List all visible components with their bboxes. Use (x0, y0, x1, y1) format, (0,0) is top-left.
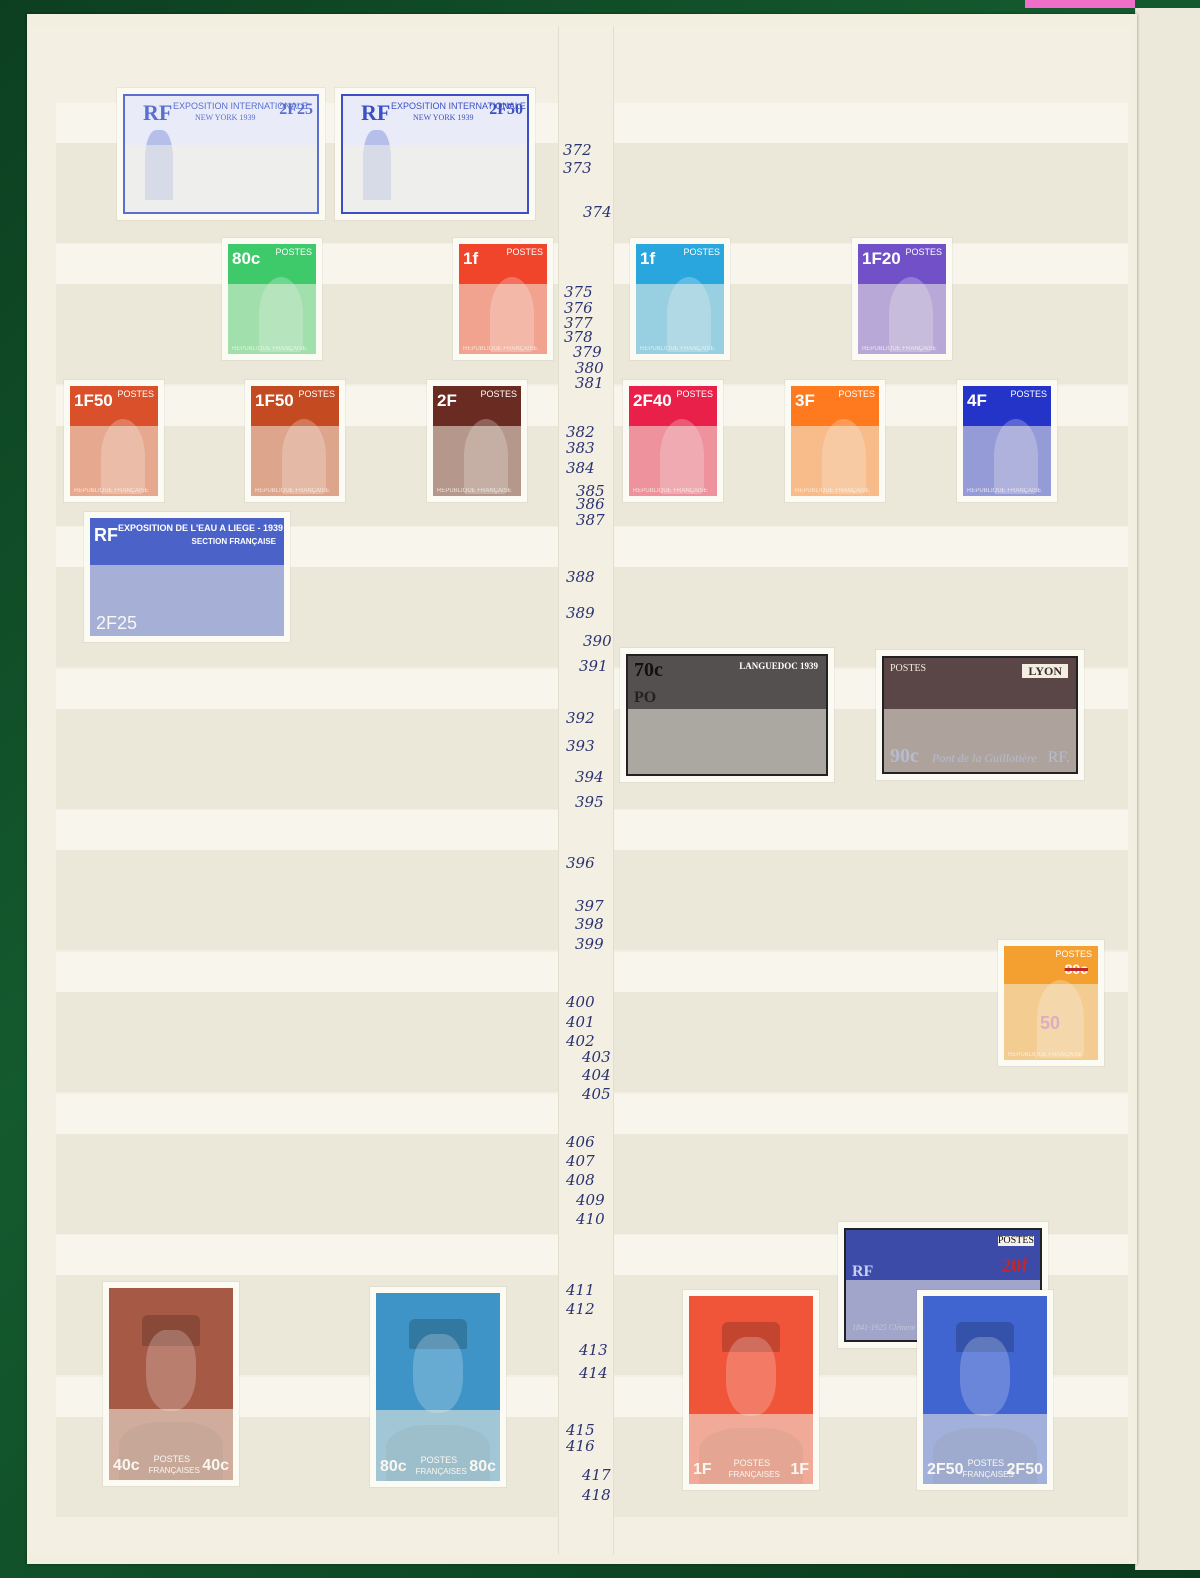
catalog-number: 402 (566, 1034, 595, 1049)
catalog-number: 382 (566, 425, 595, 440)
catalog-number: 408 (566, 1173, 595, 1188)
stamp-subtitle: NEW YORK 1939 (195, 114, 255, 122)
stamp-petain-40[interactable]: 40cPOSTESFRANÇAISES40c (103, 1282, 239, 1486)
stamp-design: 3FPOSTESREPUBLIQUE FRANÇAISE (791, 386, 879, 496)
stamp-design: 4FPOSTESREPUBLIQUE FRANÇAISE (963, 386, 1051, 496)
catalog-number: 375 (564, 285, 593, 300)
glassine-overlay (636, 284, 724, 354)
stamp-design: 2F40POSTESREPUBLIQUE FRANÇAISE (629, 386, 717, 496)
catalog-number: 414 (579, 1366, 608, 1381)
stamp-title: LANGUEDOC 1939 (739, 662, 818, 671)
postes-label: POSTES (298, 390, 335, 399)
catalog-number: 393 (566, 739, 595, 754)
glassine-overlay (228, 284, 316, 354)
postes-label: POSTES (683, 248, 720, 257)
stamp-value: 1F50 (74, 392, 113, 409)
glassine-overlay (689, 1414, 813, 1484)
catalog-number: 395 (575, 795, 604, 810)
catalog-number: 387 (576, 513, 605, 528)
glassine-overlay (858, 284, 946, 354)
catalog-number: 405 (582, 1087, 611, 1102)
stamp-value: 2F25 (279, 102, 313, 118)
stamp-languedoc[interactable]: POLANGUEDOC 193970c (620, 648, 834, 782)
glassine-overlay (963, 426, 1051, 496)
stamp-iris-1f-red[interactable]: 1fPOSTESREPUBLIQUE FRANÇAISE (453, 238, 553, 360)
catalog-number: 374 (583, 205, 612, 220)
postes-label: POSTES (998, 1236, 1034, 1246)
glassine-overlay (90, 565, 284, 636)
stamp-design: 80cPOSTESREPUBLIQUE FRANÇAISE (228, 244, 316, 354)
catalog-number: 404 (582, 1068, 611, 1083)
stamp-petain-80[interactable]: 80cPOSTESFRANÇAISES80c (370, 1287, 506, 1487)
portrait-face-icon (960, 1337, 1010, 1416)
stamp-value: 20f (1001, 1256, 1028, 1276)
stamp-liege[interactable]: RFEXPOSITION DE L'EAU A LIEGE - 1939SECT… (84, 512, 290, 642)
stamp-paix-surcharge[interactable]: POSTES80c50REPUBLIQUE FRANÇAISE (998, 940, 1104, 1066)
stamp-design: 1F20POSTESREPUBLIQUE FRANÇAISE (858, 244, 946, 354)
stamp-design: 1FPOSTESFRANÇAISES1F (689, 1296, 813, 1484)
stamp-subtitle: SECTION FRANÇAISE (192, 538, 276, 546)
stamp-iris-3f[interactable]: 3FPOSTESREPUBLIQUE FRANÇAISE (785, 380, 885, 502)
catalog-number: 381 (575, 376, 604, 391)
stamp-value: 2F (437, 392, 457, 409)
stamp-value: 1f (640, 250, 655, 267)
catalog-number: 384 (566, 461, 595, 476)
stamp-ny-250[interactable]: RFEXPOSITION INTERNATIONALENEW YORK 1939… (335, 88, 535, 220)
glassine-overlay (923, 1414, 1047, 1484)
catalog-number: 391 (579, 659, 608, 674)
catalog-number: 383 (566, 441, 595, 456)
stamp-petain-250[interactable]: 2F50POSTESFRANÇAISES2F50 (917, 1290, 1053, 1490)
glassine-overlay (343, 145, 527, 212)
rf-label: RF (94, 526, 118, 544)
catalog-number: 389 (566, 606, 595, 621)
postes-label: POSTES (1055, 950, 1092, 959)
catalog-number: 397 (575, 899, 604, 914)
catalog-number: 407 (566, 1154, 595, 1169)
glassine-overlay (628, 709, 826, 774)
glassine-overlay (791, 426, 879, 496)
catalog-number: 406 (566, 1135, 595, 1150)
catalog-number: 394 (575, 770, 604, 785)
catalog-number: 372 (563, 143, 592, 158)
stamp-design: 80cPOSTESFRANÇAISES80c (376, 1293, 500, 1481)
stamp-subtitle: NEW YORK 1939 (413, 114, 473, 122)
glassine-overlay (125, 145, 317, 212)
catalog-number: 413 (579, 1343, 608, 1358)
stamp-title: LYON (1022, 664, 1068, 678)
catalog-number: 403 (582, 1050, 611, 1065)
portrait-face-icon (146, 1330, 196, 1411)
stamp-title: EXPOSITION DE L'EAU A LIEGE - 1939 (118, 524, 283, 533)
postes-label: POSTES (905, 248, 942, 257)
stamp-value: 70c (634, 660, 663, 680)
catalog-number: 416 (566, 1439, 595, 1454)
glassine-overlay (109, 1409, 233, 1480)
rf-label: RF (143, 102, 172, 124)
stamp-design: RFEXPOSITION INTERNATIONALENEW YORK 1939… (123, 94, 319, 214)
postes-label: POSTES (838, 390, 875, 399)
postes-label: POSTES (117, 390, 154, 399)
catalog-number: 412 (566, 1302, 595, 1317)
stamp-iris-4f[interactable]: 4FPOSTESREPUBLIQUE FRANÇAISE (957, 380, 1057, 502)
stamp-design: 1fPOSTESREPUBLIQUE FRANÇAISE (459, 244, 547, 354)
catalog-number: 409 (576, 1193, 605, 1208)
stamp-design: RFEXPOSITION INTERNATIONALENEW YORK 1939… (341, 94, 529, 214)
catalog-number: 396 (566, 856, 595, 871)
stamp-design: 1F50POSTESREPUBLIQUE FRANÇAISE (70, 386, 158, 496)
glassine-overlay (884, 709, 1076, 772)
glassine-overlay (376, 1410, 500, 1481)
stamp-design: LYONPOSTES90cPont de la GuillotièreRF. (882, 656, 1078, 774)
portrait-face-icon (726, 1337, 776, 1416)
catalog-number: 373 (563, 161, 592, 176)
next-page-edge (1135, 8, 1200, 1570)
glassine-overlay (70, 426, 158, 496)
stamp-design: POLANGUEDOC 193970c (626, 654, 828, 776)
postes-label: POSTES (480, 390, 517, 399)
stamp-lyon[interactable]: LYONPOSTES90cPont de la GuillotièreRF. (876, 650, 1084, 780)
stamp-iris-150-b[interactable]: 1F50POSTESREPUBLIQUE FRANÇAISE (245, 380, 345, 502)
stamp-petain-1f[interactable]: 1FPOSTESFRANÇAISES1F (683, 1290, 819, 1490)
pink-index-tab (1025, 0, 1135, 8)
postes-label: POSTES (676, 390, 713, 399)
stamp-design: 2F50POSTESFRANÇAISES2F50 (923, 1296, 1047, 1484)
catalog-number: 398 (575, 917, 604, 932)
stamp-iris-120[interactable]: 1F20POSTESREPUBLIQUE FRANÇAISE (852, 238, 952, 360)
stamp-value: 1F20 (862, 250, 901, 267)
glassine-overlay (433, 426, 521, 496)
stamp-iris-1f-blue[interactable]: 1fPOSTESREPUBLIQUE FRANÇAISE (630, 238, 730, 360)
stamp-value: 80c (232, 250, 260, 267)
postes-label: POSTES (275, 248, 312, 257)
stamp-design: 1fPOSTESREPUBLIQUE FRANÇAISE (636, 244, 724, 354)
stamp-design: RFEXPOSITION DE L'EAU A LIEGE - 1939SECT… (90, 518, 284, 636)
catalog-number: 392 (566, 711, 595, 726)
catalog-number: 418 (582, 1488, 611, 1503)
stamp-iris-80c[interactable]: 80cPOSTESREPUBLIQUE FRANÇAISE (222, 238, 322, 360)
glassine-overlay (1004, 984, 1098, 1060)
glassine-overlay (251, 426, 339, 496)
stamp-design: 40cPOSTESFRANÇAISES40c (109, 1288, 233, 1480)
catalog-number: 400 (566, 995, 595, 1010)
glassine-overlay (629, 426, 717, 496)
stamp-value: 2F50 (489, 102, 523, 118)
postes-label: POSTES (1010, 390, 1047, 399)
catalog-number: 415 (566, 1423, 595, 1438)
stamp-value: 2F40 (633, 392, 672, 409)
stamp-iris-2f[interactable]: 2FPOSTESREPUBLIQUE FRANÇAISE (427, 380, 527, 502)
postes-label: POSTES (890, 664, 926, 674)
catalog-number: 386 (576, 497, 605, 512)
rf-label: RF (361, 102, 390, 124)
stamp-value: 4F (967, 392, 987, 409)
glassine-overlay (459, 284, 547, 354)
prefix-label: RF (852, 1264, 873, 1280)
portrait-face-icon (413, 1334, 463, 1413)
catalog-number: 417 (582, 1468, 611, 1483)
stamp-value: 1F50 (255, 392, 294, 409)
postes-label: POSTES (506, 248, 543, 257)
stamp-value: 80c (1065, 962, 1088, 976)
catalog-number: 379 (573, 345, 602, 360)
stamp-design: 2FPOSTESREPUBLIQUE FRANÇAISE (433, 386, 521, 496)
center-margin-column (558, 26, 614, 1554)
catalog-number: 390 (583, 634, 612, 649)
prefix-label: PO (634, 690, 656, 706)
stamp-iris-240[interactable]: 2F40POSTESREPUBLIQUE FRANÇAISE (623, 380, 723, 502)
catalog-number: 411 (566, 1283, 595, 1298)
catalog-number: 401 (566, 1015, 595, 1030)
stamp-iris-150-a[interactable]: 1F50POSTESREPUBLIQUE FRANÇAISE (64, 380, 164, 502)
stamp-design: 1F50POSTESREPUBLIQUE FRANÇAISE (251, 386, 339, 496)
stamp-value: 1f (463, 250, 478, 267)
stamp-design: POSTES80c50REPUBLIQUE FRANÇAISE (1004, 946, 1098, 1060)
stamp-ny-225[interactable]: RFEXPOSITION INTERNATIONALENEW YORK 1939… (117, 88, 325, 220)
catalog-number: 410 (576, 1212, 605, 1227)
catalog-number: 399 (575, 937, 604, 952)
catalog-number: 388 (566, 570, 595, 585)
stamp-value: 3F (795, 392, 815, 409)
